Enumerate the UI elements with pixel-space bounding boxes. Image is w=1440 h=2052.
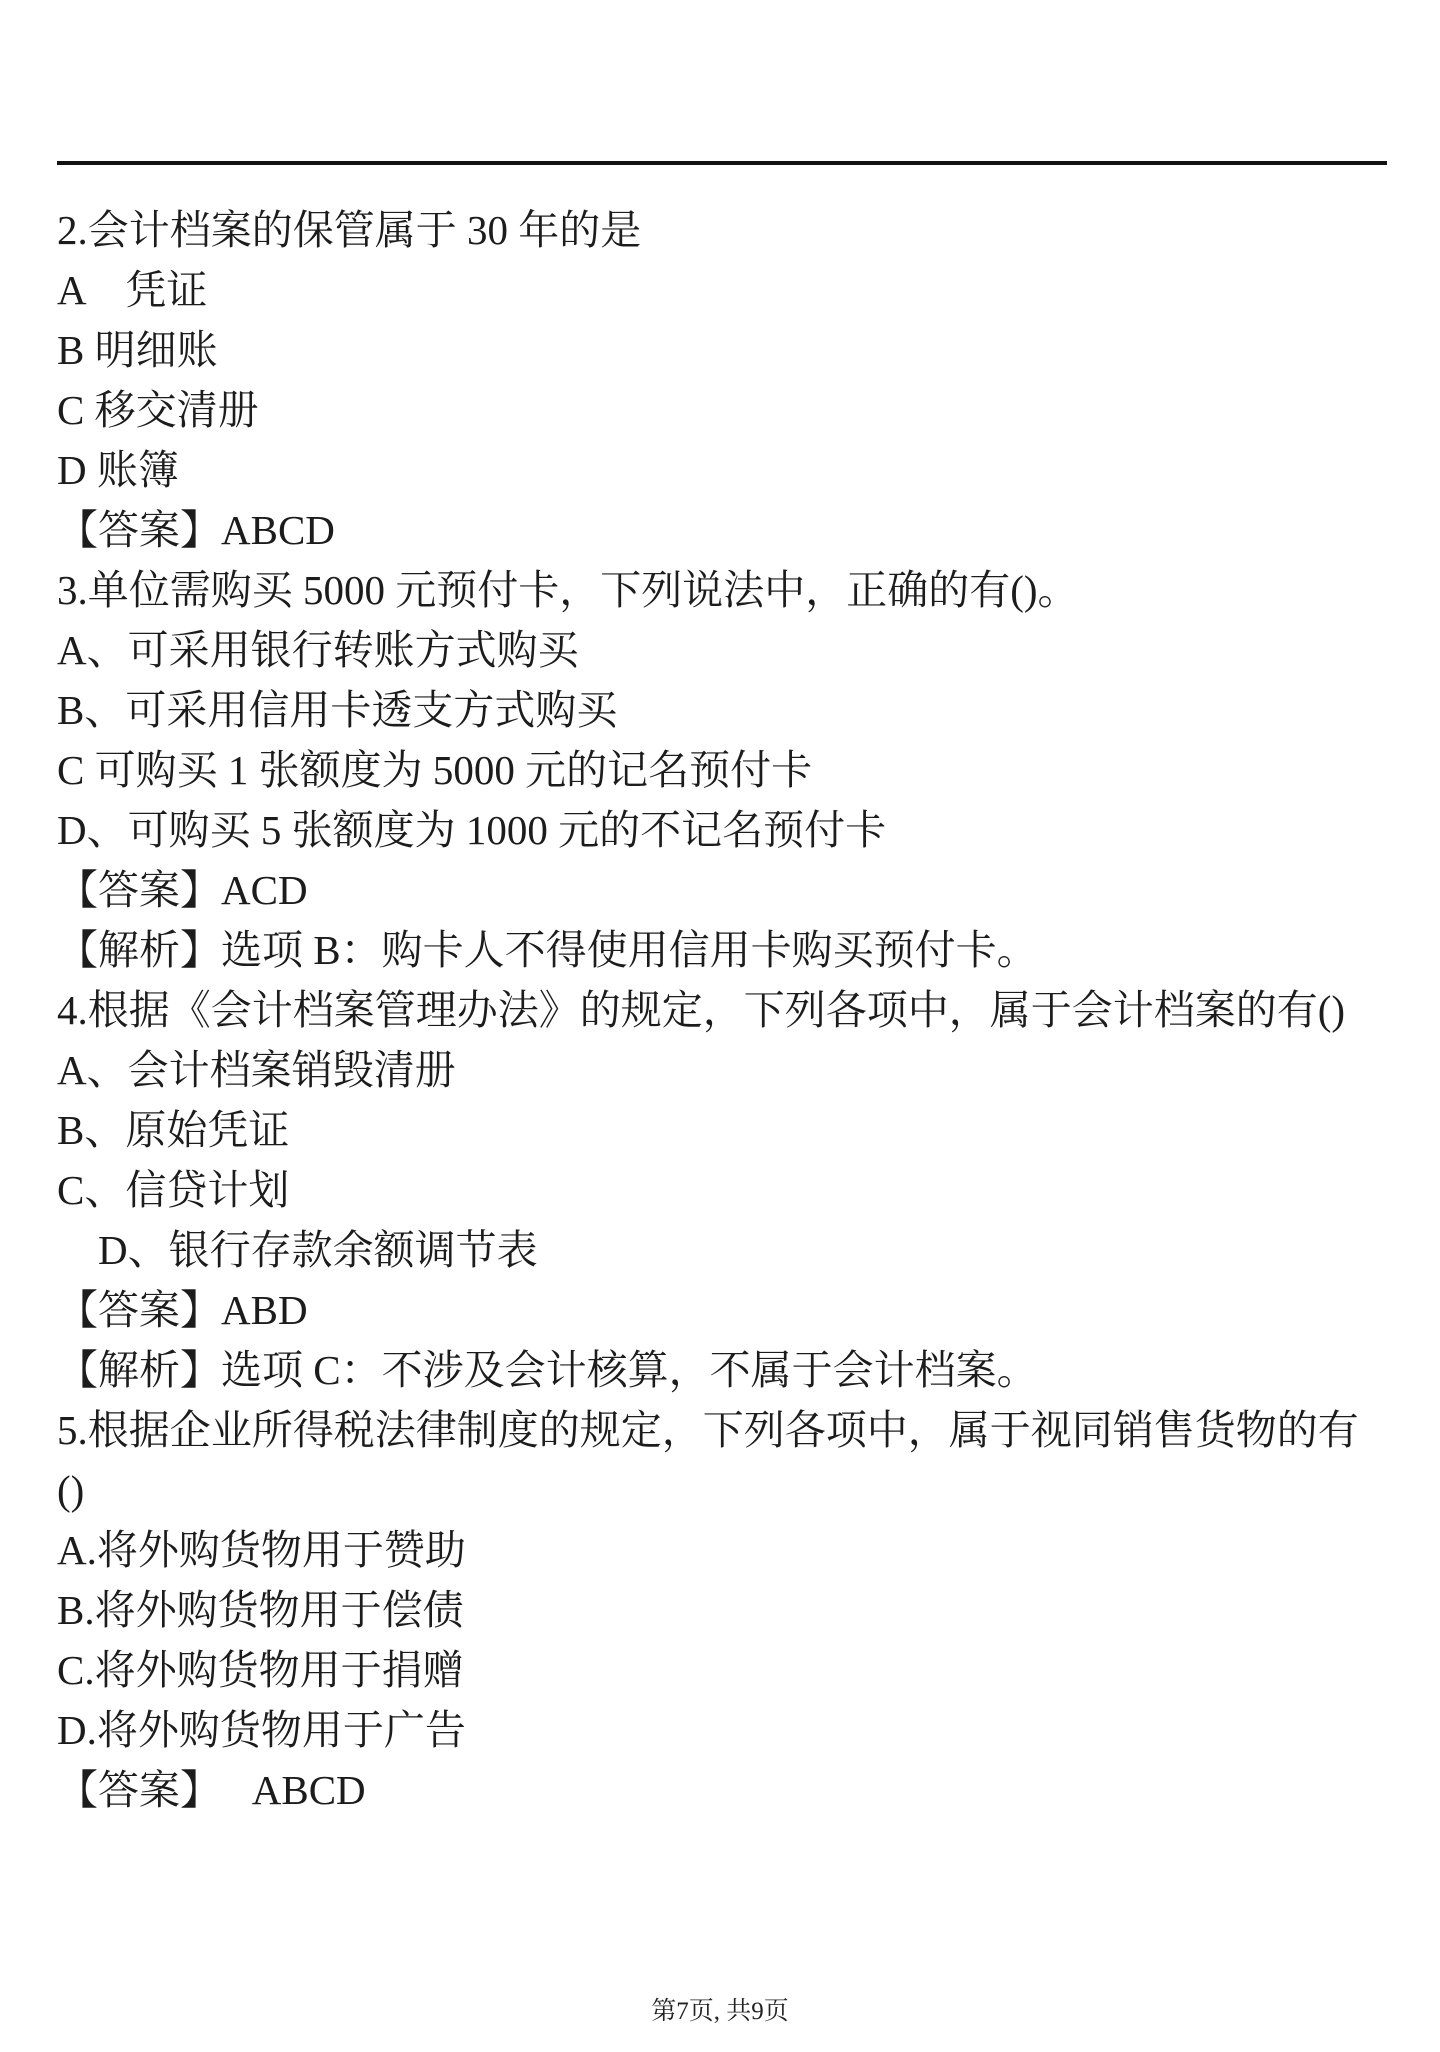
q5-option-b: B.将外购货物用于偿债 [57,1580,1402,1640]
header-divider [57,161,1387,165]
page-number-label: 第7页, 共9页 [651,1998,789,2025]
q4-option-c: C、信贷计划 [57,1160,1402,1220]
q5-stem-line-1: 5.根据企业所得税法律制度的规定，下列各项中，属于视同销售货物的有 [57,1400,1402,1460]
q4-answer: 【答案】ABD [57,1280,1402,1340]
q3-option-d: D、可购买 5 张额度为 1000 元的不记名预付卡 [57,800,1402,860]
q3-stem: 3.单位需购买 5000 元预付卡，下列说法中，正确的有()。 [57,560,1402,620]
q2-option-a: A 凭证 [57,260,1402,320]
q3-answer: 【答案】ACD [57,860,1402,920]
q3-analysis: 【解析】选项 B：购卡人不得使用信用卡购买预付卡。 [57,920,1402,980]
q4-stem: 4.根据《会计档案管理办法》的规定，下列各项中，属于会计档案的有() [57,980,1402,1040]
q4-option-d: D、银行存款余额调节表 [57,1220,1402,1280]
questions-area: 2.会计档案的保管属于 30 年的是 A 凭证 B 明细账 C 移交清册 D 账… [57,200,1402,1820]
q3-option-a: A、可采用银行转账方式购买 [57,620,1402,680]
q3-option-c: C 可购买 1 张额度为 5000 元的记名预付卡 [57,740,1402,800]
document-page: 2.会计档案的保管属于 30 年的是 A 凭证 B 明细账 C 移交清册 D 账… [0,0,1440,2052]
q5-answer: 【答案】 ABCD [57,1760,1402,1820]
q4-analysis: 【解析】选项 C：不涉及会计核算，不属于会计档案。 [57,1340,1402,1400]
q2-answer: 【答案】ABCD [57,500,1402,560]
q5-stem-line-2: () [57,1460,1402,1520]
q5-option-a: A.将外购货物用于赞助 [57,1520,1402,1580]
q2-option-d: D 账簿 [57,440,1402,500]
q4-option-b: B、原始凭证 [57,1100,1402,1160]
q2-option-b: B 明细账 [57,320,1402,380]
q5-option-c: C.将外购货物用于捐赠 [57,1640,1402,1700]
q2-option-c: C 移交清册 [57,380,1402,440]
q5-option-d: D.将外购货物用于广告 [57,1700,1402,1760]
q4-option-a: A、会计档案销毁清册 [57,1040,1402,1100]
page-footer: 第7页, 共9页 [0,1996,1440,2028]
q3-option-b: B、可采用信用卡透支方式购买 [57,680,1402,740]
q2-stem: 2.会计档案的保管属于 30 年的是 [57,200,1402,260]
